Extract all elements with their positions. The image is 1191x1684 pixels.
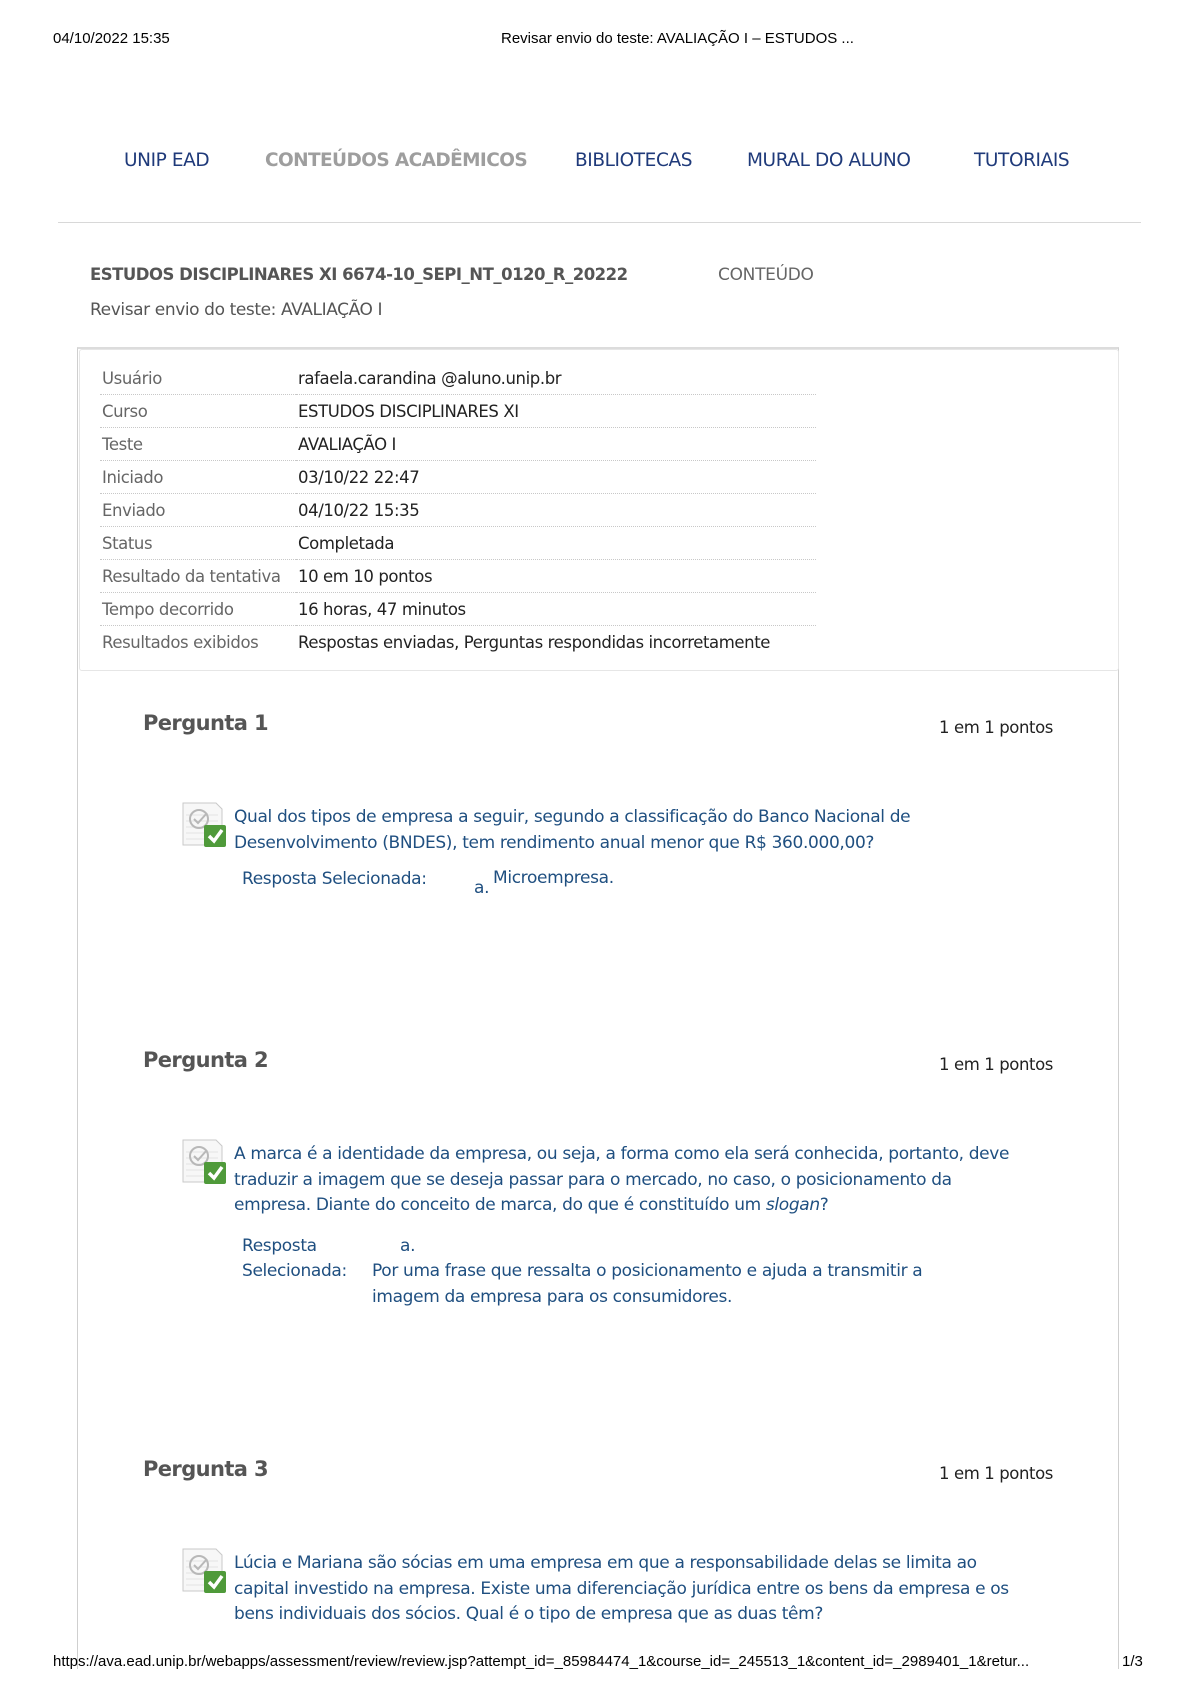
correct-check-icon xyxy=(180,1547,230,1597)
summary-row-usuario: Usuáriorafaela.carandina @aluno.unip.br xyxy=(100,362,816,395)
question-2-answer-label-1: Resposta xyxy=(242,1234,317,1260)
nav-divider xyxy=(58,222,1141,223)
attempt-summary-table: Usuáriorafaela.carandina @aluno.unip.br … xyxy=(100,362,816,658)
summary-row-teste: TesteAVALIAÇÃO I xyxy=(100,428,816,461)
summary-label: Resultados exibidos xyxy=(100,626,296,659)
summary-label: Curso xyxy=(100,395,296,428)
summary-label: Teste xyxy=(100,428,296,461)
summary-value: 03/10/22 22:47 xyxy=(296,461,816,494)
question-3-points: 1 em 1 pontos xyxy=(939,1464,1053,1483)
nav-unip-ead[interactable]: UNIP EAD xyxy=(124,150,209,171)
print-page-number: 1/3 xyxy=(1122,1653,1143,1670)
question-1-answer-label: Resposta Selecionada: xyxy=(242,867,427,893)
summary-value: 04/10/22 15:35 xyxy=(296,494,816,527)
nav-bibliotecas[interactable]: BIBLIOTECAS xyxy=(575,150,692,171)
summary-value: Respostas enviadas, Perguntas respondida… xyxy=(296,626,816,659)
summary-row-iniciado: Iniciado03/10/22 22:47 xyxy=(100,461,816,494)
question-1-answer-text: Microempresa. xyxy=(493,866,614,892)
breadcrumb-section[interactable]: CONTEÚDO xyxy=(718,265,814,285)
question-2-answer-label-2: Selecionada: xyxy=(242,1259,347,1285)
summary-row-enviado: Enviado04/10/22 15:35 xyxy=(100,494,816,527)
question-1-title: Pergunta 1 xyxy=(143,711,268,735)
nav-mural-do-aluno[interactable]: MURAL DO ALUNO xyxy=(747,150,911,171)
summary-row-resultado: Resultado da tentativa10 em 10 pontos xyxy=(100,560,816,593)
breadcrumb-course[interactable]: ESTUDOS DISCIPLINARES XI 6674-10_SEPI_NT… xyxy=(90,265,628,284)
print-header: 04/10/2022 15:35 Revisar envio do teste:… xyxy=(0,28,1191,48)
summary-label: Status xyxy=(100,527,296,560)
summary-label: Enviado xyxy=(100,494,296,527)
summary-row-curso: CursoESTUDOS DISCIPLINARES XI xyxy=(100,395,816,428)
summary-value: Completada xyxy=(296,527,816,560)
question-2-answer-letter: a. xyxy=(400,1234,415,1260)
question-2-text-italic: slogan xyxy=(766,1195,820,1215)
question-2-points: 1 em 1 pontos xyxy=(939,1055,1053,1074)
question-1-points: 1 em 1 pontos xyxy=(939,718,1053,737)
summary-value: 10 em 10 pontos xyxy=(296,560,816,593)
summary-value: 16 horas, 47 minutos xyxy=(296,593,816,626)
summary-label: Resultado da tentativa xyxy=(100,560,296,593)
summary-row-status: StatusCompletada xyxy=(100,527,816,560)
correct-check-icon xyxy=(180,801,230,851)
question-2-text-end: ? xyxy=(820,1195,829,1215)
question-2-title: Pergunta 2 xyxy=(143,1048,268,1072)
summary-value: AVALIAÇÃO I xyxy=(296,428,816,461)
print-title: Revisar envio do teste: AVALIAÇÃO I – ES… xyxy=(501,30,854,47)
question-3-title: Pergunta 3 xyxy=(143,1457,268,1481)
summary-value: ESTUDOS DISCIPLINARES XI xyxy=(296,395,816,428)
question-2-text-main: A marca é a identidade da empresa, ou se… xyxy=(234,1144,1009,1215)
page-title: Revisar envio do teste: AVALIAÇÃO I xyxy=(90,300,382,320)
nav-conteudos-academicos[interactable]: CONTEÚDOS ACADÊMICOS xyxy=(265,150,527,171)
top-nav: UNIP EAD CONTEÚDOS ACADÊMICOS BIBLIOTECA… xyxy=(0,148,1191,178)
nav-tutoriais[interactable]: TUTORIAIS xyxy=(974,150,1069,171)
question-2-answer-text: Por uma frase que ressalta o posicioname… xyxy=(372,1259,972,1310)
correct-check-icon xyxy=(180,1138,230,1188)
question-1-text: Qual dos tipos de empresa a seguir, segu… xyxy=(234,805,1024,856)
summary-value: rafaela.carandina @aluno.unip.br xyxy=(296,362,816,395)
print-url: https://ava.ead.unip.br/webapps/assessme… xyxy=(53,1653,1029,1670)
summary-row-resultados-exibidos: Resultados exibidosRespostas enviadas, P… xyxy=(100,626,816,659)
summary-label: Iniciado xyxy=(100,461,296,494)
question-3-text: Lúcia e Mariana são sócias em uma empres… xyxy=(234,1551,1024,1628)
summary-label: Usuário xyxy=(100,362,296,395)
print-date: 04/10/2022 15:35 xyxy=(53,30,170,47)
print-footer: https://ava.ead.unip.br/webapps/assessme… xyxy=(0,1653,1191,1673)
summary-label: Tempo decorrido xyxy=(100,593,296,626)
question-2-text: A marca é a identidade da empresa, ou se… xyxy=(234,1142,1024,1219)
question-1-answer-letter: a. xyxy=(474,876,489,902)
summary-row-tempo: Tempo decorrido16 horas, 47 minutos xyxy=(100,593,816,626)
